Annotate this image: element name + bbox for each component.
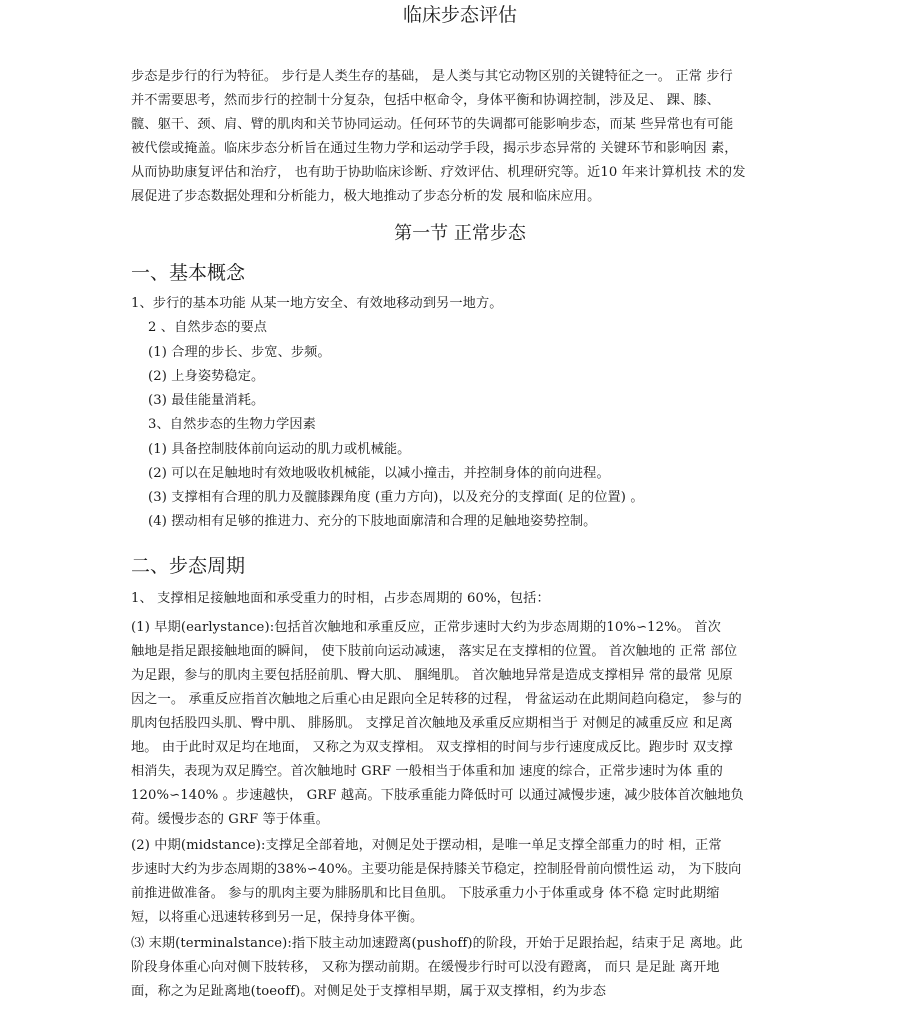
text-line: 展促进了步态数据处理和分析能力，极大地推动了步态分析的发 展和临床应用。 [131, 187, 600, 207]
text-line: 前推进做准备。 参与的肌肉主要为腓肠肌和比目鱼肌。 下肢承重力小于体重或身 体不… [131, 884, 720, 904]
text-line: 触地是指足跟接触地面的瞬间， 使下肢前向运动减速， 落实足在支撑相的位置。 首次… [131, 642, 737, 662]
text-line: (2) 中期(midstance):支撑足全部着地，对侧足处于摆动相，是唯一单足… [131, 836, 722, 856]
text-line: 髋、躯干、颈、肩、臂的肌肉和关节协同运动。任何环节的失调都可能影响步态，而某 些… [131, 115, 733, 135]
text-line: 120%∽140% 。步速越快， GRF 越高。下肢承重能力降低时可 以通过减慢… [131, 786, 744, 806]
list-item: (1) 具备控制肢体前向运动的肌力或机械能。 [148, 440, 410, 460]
text-line: 步态是步行的行为特征。 步行是人类生存的基础， 是人类与其它动物区别的关键特征之… [131, 67, 733, 87]
list-item: (3) 最佳能量消耗。 [148, 391, 264, 411]
text-line: 相消失，表现为双足腾空。首次触地时 GRF 一般相当于体重和加 速度的综合，正常… [131, 762, 723, 782]
list-item: 2 、自然步态的要点 [148, 318, 267, 338]
text-line: 肌肉包括股四头肌、臀中肌、 腓肠肌。 支撑足首次触地及承重反应期相当于 对侧足的… [131, 714, 733, 734]
text-line: 步速时大约为步态周期的38%∽40%。主要功能是保持膝关节稳定，控制胫骨前向惯性… [131, 860, 741, 880]
text-line: 被代偿或掩盖。临床步态分析旨在通过生物力学和运动学手段，揭示步态异常的 关键环节… [131, 139, 738, 159]
text-line: 从而协助康复评估和治疗， 也有助于协助临床诊断、疗效评估、机理研究等。近10 年… [131, 163, 746, 183]
list-item: 1、步行的基本功能 从某一地方安全、有效地移动到另一地方。 [131, 294, 503, 314]
heading-gait-cycle: 二、步态周期 [131, 553, 245, 579]
text-line: 因之一。 承重反应指首次触地之后重心由足跟向全足转移的过程， 骨盆运动在此期间趋… [131, 690, 742, 710]
heading-basic-concepts: 一、基本概念 [131, 260, 245, 286]
list-item: (2) 可以在足触地时有效地吸收机械能，以减小撞击，并控制身体的前向进程。 [148, 464, 610, 484]
text-line: 地。 由于此时双足均在地面， 又称之为双支撑相。 双支撑相的时间与步行速度成反比… [131, 738, 733, 758]
text-line: 1、 支撑相足接触地面和承受重力的时相，占步态周期的 60%，包括： [131, 589, 550, 609]
text-line: 阶段身体重心向对侧下肢转移， 又称为摆动前期。在缓慢步行时可以没有蹬离， 而只 … [131, 958, 720, 978]
list-item: (1) 合理的步长、步宽、步频。 [148, 343, 331, 363]
text-line: 为足跟，参与的肌肉主要包括胫前肌、臀大肌、 腘绳肌。 首次触地异常是造成支撑相异… [131, 666, 733, 686]
list-item: (2) 上身姿势稳定。 [148, 367, 264, 387]
list-item: (3) 支撑相有合理的肌力及髋膝踝角度 (重力方向)，以及充分的支撑面( 足的位… [148, 488, 644, 508]
section-title: 第一节 正常步态 [0, 222, 920, 246]
text-line: 荷。缓慢步态的 GRF 等于体重。 [131, 810, 329, 830]
text-line: 并不需要思考，然而步行的控制十分复杂，包括中枢命令，身体平衡和协调控制，涉及足、… [131, 91, 720, 111]
text-line: 短，以将重心迅速转移到另一足，保持身体平衡。 [131, 908, 423, 928]
list-item: 3、自然步态的生物力学因素 [148, 415, 316, 435]
text-line: ⑶ 末期(terminalstance):指下肢主动加速蹬离(pushoff)的… [131, 934, 743, 954]
list-item: (4) 摆动相有足够的推进力、充分的下肢地面廓清和合理的足触地姿势控制。 [148, 512, 596, 532]
text-line: (1) 早期(earlystance):包括首次触地和承重反应，正常步速时大约为… [131, 618, 721, 638]
document-title: 临床步态评估 [0, 2, 920, 28]
document-page: 临床步态评估 步态是步行的行为特征。 步行是人类生存的基础， 是人类与其它动物区… [0, 0, 920, 1017]
text-line: 面，称之为足趾离地(toeoff)。对侧足处于支撑相早期，属于双支撑相，约为步态 [131, 982, 606, 1002]
